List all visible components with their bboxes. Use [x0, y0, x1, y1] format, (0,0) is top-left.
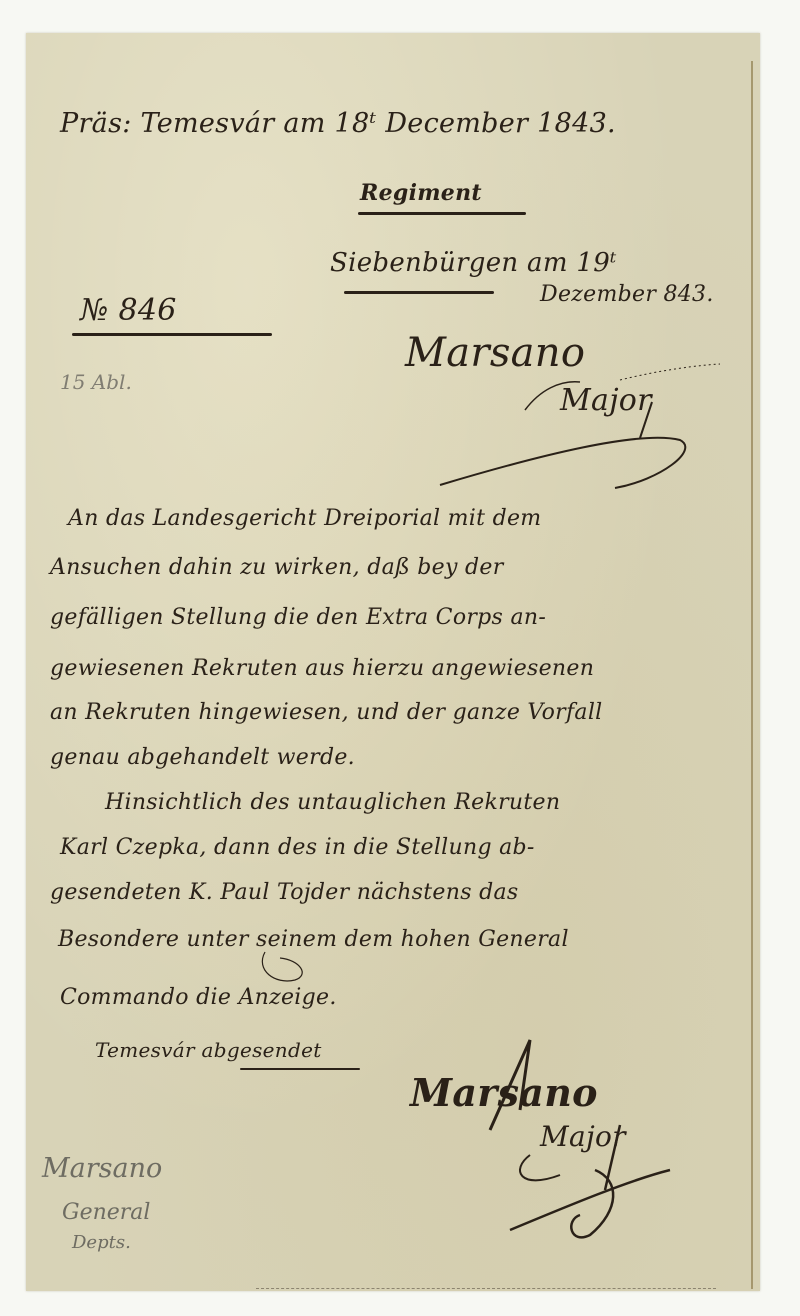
category-underline [358, 212, 526, 215]
presentation-note: Präs: Temesvár am 18ᵗ December 1843. [60, 108, 616, 139]
category-label: Regiment [360, 180, 482, 206]
body-line-4: gewiesenen Rekruten aus hierzu angewiese… [50, 656, 594, 681]
paper-fold-edge [751, 61, 753, 1289]
body-line-10: Besondere unter seinem dem hohen General [58, 927, 569, 952]
pencil-note-reference: 15 Abl. [60, 370, 132, 394]
body-line-7: Hinsichtlich des untauglichen Rekruten [105, 790, 560, 815]
torn-bottom-edge [256, 1288, 716, 1293]
body-line-6: genau abgehandelt werde. [50, 745, 355, 770]
body-loop-stroke [255, 950, 315, 990]
document-scan: Präs: Temesvár am 18ᵗ December 1843. Reg… [0, 0, 800, 1316]
bottom-signature-flourish [470, 1030, 730, 1250]
reference-underline [72, 333, 272, 336]
reference-number: № 846 [80, 293, 177, 328]
body-line-8: Karl Czepka, dann des in die Stellung ab… [60, 835, 535, 860]
pencil-annotation-rank: General [62, 1200, 150, 1225]
place-date-line2: Dezember 843. [540, 282, 714, 307]
pencil-annotation-dept: Depts. [72, 1232, 131, 1253]
closing-underline [240, 1068, 360, 1070]
body-line-1: An das Landesgericht Dreiporial mit dem [68, 506, 541, 531]
place-date-line1: Siebenbürgen am 19ᵗ [330, 248, 617, 278]
top-signature-flourish [420, 360, 700, 500]
place-underline [344, 291, 494, 294]
pencil-annotation-name: Marsano [42, 1153, 162, 1184]
closing-note: Temesvár abgesendet [95, 1038, 322, 1062]
body-line-5: an Rekruten hingewiesen, und der ganze V… [50, 700, 603, 725]
body-line-9: gesendeten K. Paul Tojder nächstens das [50, 880, 518, 905]
body-line-2: Ansuchen dahin zu wirken, daß bey der [50, 555, 504, 580]
body-line-3: gefälligen Stellung die den Extra Corps … [50, 605, 546, 630]
